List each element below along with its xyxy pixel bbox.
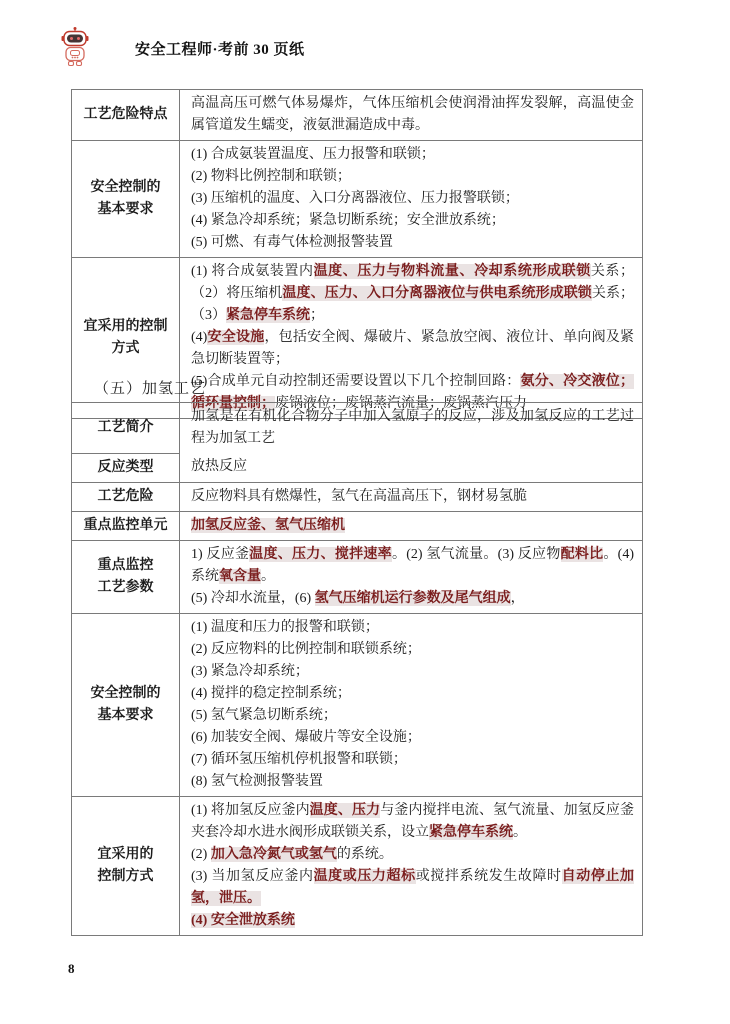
highlighted-text: 安全设施 [207, 330, 264, 345]
document-title: 安全工程师·考前 30 页纸 [135, 38, 305, 59]
row-label: 工艺简介 [72, 403, 180, 454]
highlighted-text: 紧急停车系统 [226, 308, 310, 323]
highlighted-text: 紧急停车系统 [429, 825, 513, 840]
row-content: 加氢是在有机化合物分子中加入氢原子的反应，涉及加氢反应的工艺过程为加氢工艺 [180, 403, 643, 454]
highlighted-text: (4) 安全泄放系统 [191, 913, 295, 928]
content-line: (7) 循环氢压缩机停机报警和联锁； [191, 749, 634, 771]
highlighted-text: 配料比 [561, 547, 604, 562]
content-line: (5) 冷却水流量，(6) 氢气压缩机运行参数及尾气组成， [191, 588, 634, 610]
content-line: (2) 反应物料的比例控制和联锁系统； [191, 639, 634, 661]
content-line: 加氢反应釜、氢气压缩机 [191, 515, 634, 537]
text-segment: ， [511, 591, 525, 606]
content-line: (6) 加装安全阀、爆破片等安全设施； [191, 727, 634, 749]
row-content: 放热反应 [180, 453, 643, 482]
content-line: (1) 将合成氨装置内温度、压力与物料流量、冷却系统形成联锁关系；（2）将压缩机… [191, 261, 634, 327]
text-segment: (4) 紧急冷却系统；紧急切断系统；安全泄放系统； [191, 213, 505, 228]
content-line: (2) 物料比例控制和联锁； [191, 166, 634, 188]
content-line: 1) 反应釜温度、压力、搅拌速率。(2) 氢气流量。(3) 反应物配料比。(4)… [191, 544, 634, 588]
text-segment: (7) 循环氢压缩机停机报警和联锁； [191, 752, 407, 767]
text-segment: (5) 冷却水流量，(6) [191, 591, 315, 606]
text-segment: (5) 氢气紧急切断系统； [191, 708, 337, 723]
highlighted-text: 温度、压力、入口分离器液位与供电系统形成联锁 [282, 286, 591, 301]
text-segment: 的系统。 [337, 847, 393, 862]
text-segment: (6) 加装安全阀、爆破片等安全设施； [191, 730, 421, 745]
text-segment: (4) 搅拌的稳定控制系统； [191, 686, 351, 701]
table-row: 安全控制的 基本要求(1) 温度和压力的报警和联锁；(2) 反应物料的比例控制和… [72, 613, 643, 796]
content-line: (1) 合成氨装置温度、压力报警和联锁； [191, 144, 634, 166]
row-label: 宜采用的 控制方式 [72, 796, 180, 935]
highlighted-text: 温度、压力与物料流量、冷却系统形成联锁 [314, 264, 591, 279]
table-row: 重点监控单元加氢反应釜、氢气压缩机 [72, 511, 643, 540]
row-content: 反应物料具有燃爆性，氢气在高温高压下，钢材易氢脆 [180, 482, 643, 511]
row-content: 1) 反应釜温度、压力、搅拌速率。(2) 氢气流量。(3) 反应物配料比。(4)… [180, 540, 643, 613]
content-line: (4) 安全泄放系统 [191, 910, 634, 932]
content-line: (4) 紧急冷却系统；紧急切断系统；安全泄放系统； [191, 210, 634, 232]
page-number: 8 [68, 961, 75, 977]
text-segment: (8) 氢气检测报警装置 [191, 774, 323, 789]
row-label: 安全控制的 基本要求 [72, 613, 180, 796]
highlighted-text: 氧含量 [219, 569, 261, 584]
table-row: 重点监控 工艺参数1) 反应釜温度、压力、搅拌速率。(2) 氢气流量。(3) 反… [72, 540, 643, 613]
text-segment: (3) 压缩机的温度、入口分离器液位、压力报警联锁； [191, 191, 519, 206]
text-segment: (1) 将合成氨装置内 [191, 264, 314, 279]
text-segment: (2) 反应物料的比例控制和联锁系统； [191, 642, 421, 657]
text-segment: 反应物料具有燃爆性，氢气在高温高压下，钢材易氢脆 [191, 489, 527, 504]
row-content: 高温高压可燃气体易爆炸，气体压缩机会使润滑油挥发裂解，高温使金属管道发生蠕变，液… [180, 90, 643, 141]
highlighted-text: 加入急冷氮气或氢气 [211, 847, 337, 862]
text-segment: 放热反应 [191, 459, 247, 474]
content-line: (3) 当加氢反应釜内温度或压力超标或搅拌系统发生故障时自动停止加氢，泄压。 [191, 866, 634, 910]
section-heading: （五）加氢工艺 [94, 377, 206, 398]
table-hydrogenation-process: 工艺简介加氢是在有机化合物分子中加入氢原子的反应，涉及加氢反应的工艺过程为加氢工… [71, 402, 643, 936]
content-line: (1) 将加氢反应釜内温度、压力与釜内搅拌电流、氢气流量、加氢反应釜夹套冷却水进… [191, 800, 634, 844]
text-segment: 。 [513, 825, 527, 840]
content-line: (3) 紧急冷却系统； [191, 661, 634, 683]
row-label: 安全控制的 基本要求 [72, 141, 180, 258]
highlighted-text: 氢气压缩机运行参数及尾气组成 [315, 591, 511, 606]
document-page: 安全工程师·考前 30 页纸 工艺危险特点高温高压可燃气体易爆炸，气体压缩机会使… [0, 0, 730, 1024]
row-label: 工艺危险 [72, 482, 180, 511]
highlighted-text: 温度、压力、搅拌速率 [249, 547, 392, 562]
content-line: (3) 压缩机的温度、入口分离器液位、压力报警联锁； [191, 188, 634, 210]
highlighted-text: 加氢反应釜、氢气压缩机 [191, 518, 345, 533]
table-row: 反应类型放热反应 [72, 453, 643, 482]
content-line: (5) 可燃、有毒气体检测报警装置 [191, 232, 634, 254]
content-line: (2) 加入急冷氮气或氢气的系统。 [191, 844, 634, 866]
highlighted-text: 温度或压力超标 [314, 869, 416, 884]
text-segment: (2) [191, 847, 211, 862]
text-segment: (3) 紧急冷却系统； [191, 664, 309, 679]
row-content: 加氢反应釜、氢气压缩机 [180, 511, 643, 540]
row-content: (1) 将合成氨装置内温度、压力与物料流量、冷却系统形成联锁关系；（2）将压缩机… [180, 258, 643, 419]
row-content: (1) 将加氢反应釜内温度、压力与釜内搅拌电流、氢气流量、加氢反应釜夹套冷却水进… [180, 796, 643, 935]
content-line: (8) 氢气检测报警装置 [191, 771, 634, 793]
content-line: 高温高压可燃气体易爆炸，气体压缩机会使润滑油挥发裂解，高温使金属管道发生蠕变，液… [191, 93, 634, 137]
row-content: (1) 合成氨装置温度、压力报警和联锁；(2) 物料比例控制和联锁；(3) 压缩… [180, 141, 643, 258]
text-segment: (1) 将加氢反应釜内 [191, 803, 310, 818]
content-line: (4)安全设施，包括安全阀、爆破片、紧急放空阀、液位计、单向阀及紧急切断装置等； [191, 327, 634, 371]
content-line: 放热反应 [191, 456, 634, 478]
text-segment: (3) 当加氢反应釜内 [191, 869, 314, 884]
text-segment: 。 [261, 569, 275, 584]
row-label: 重点监控 工艺参数 [72, 540, 180, 613]
robot-mascot-logo-icon [57, 26, 93, 68]
row-label: 工艺危险特点 [72, 90, 180, 141]
text-segment: (4) [191, 330, 207, 345]
text-segment: (1) 合成氨装置温度、压力报警和联锁； [191, 147, 435, 162]
text-segment: ； [310, 308, 324, 323]
text-segment: 。(2) 氢气流量。(3) 反应物 [392, 547, 561, 562]
text-segment: (1) 温度和压力的报警和联锁； [191, 620, 379, 635]
content-line: (5) 氢气紧急切断系统； [191, 705, 634, 727]
row-label: 重点监控单元 [72, 511, 180, 540]
content-line: 反应物料具有燃爆性，氢气在高温高压下，钢材易氢脆 [191, 486, 634, 508]
text-segment: (5) 可燃、有毒气体检测报警装置 [191, 235, 393, 250]
text-segment: 高温高压可燃气体易爆炸，气体压缩机会使润滑油挥发裂解，高温使金属管道发生蠕变，液… [191, 96, 634, 133]
highlighted-text: 温度、压力 [310, 803, 381, 818]
row-content: (1) 温度和压力的报警和联锁；(2) 反应物料的比例控制和联锁系统；(3) 紧… [180, 613, 643, 796]
table-row: 安全控制的 基本要求(1) 合成氨装置温度、压力报警和联锁；(2) 物料比例控制… [72, 141, 643, 258]
table-row: 工艺简介加氢是在有机化合物分子中加入氢原子的反应，涉及加氢反应的工艺过程为加氢工… [72, 403, 643, 454]
table-row: 工艺危险反应物料具有燃爆性，氢气在高温高压下，钢材易氢脆 [72, 482, 643, 511]
table-ammonia-synthesis-controls: 工艺危险特点高温高压可燃气体易爆炸，气体压缩机会使润滑油挥发裂解，高温使金属管道… [71, 89, 643, 419]
text-segment: (5)合成单元自动控制还需要设置以下几个控制回路： [191, 374, 520, 389]
text-segment: 或搅拌系统发生故障时 [416, 869, 562, 884]
text-segment: 加氢是在有机化合物分子中加入氢原子的反应，涉及加氢反应的工艺过程为加氢工艺 [191, 409, 634, 446]
table-row: 宜采用的 控制方式(1) 将加氢反应釜内温度、压力与釜内搅拌电流、氢气流量、加氢… [72, 796, 643, 935]
content-line: 加氢是在有机化合物分子中加入氢原子的反应，涉及加氢反应的工艺过程为加氢工艺 [191, 406, 634, 450]
table-row: 工艺危险特点高温高压可燃气体易爆炸，气体压缩机会使润滑油挥发裂解，高温使金属管道… [72, 90, 643, 141]
row-label: 反应类型 [72, 453, 180, 482]
text-segment: (2) 物料比例控制和联锁； [191, 169, 351, 184]
text-segment: 1) 反应釜 [191, 547, 249, 562]
content-line: (1) 温度和压力的报警和联锁； [191, 617, 634, 639]
content-line: (4) 搅拌的稳定控制系统； [191, 683, 634, 705]
